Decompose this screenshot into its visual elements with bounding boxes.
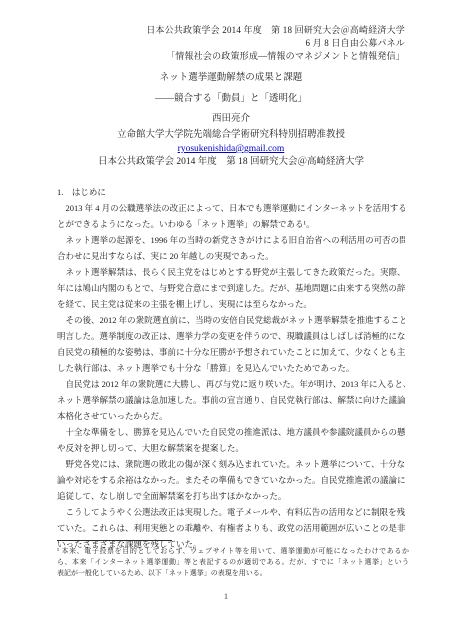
body-text-line: 2013 年 4 月の公職選挙法の改正によって、日本でも選挙運動にインターネット… <box>57 200 405 216</box>
body-text-line: 自民党の積極的な姿勢は、事前に十分な圧勝が予想されていたことに加えて、少なくとも… <box>57 344 405 360</box>
paragraph: 2013 年 4 月の公職選挙法の改正によって、日本でも選挙運動にインターネット… <box>57 200 405 232</box>
body-paragraphs: 2013 年 4 月の公職選挙法の改正によって、日本でも選挙運動にインターネット… <box>57 200 405 552</box>
footnote-line: 表記が一般化しているため、以下「ネット選挙」の表現を用いる。 <box>57 568 409 579</box>
footnote-text: ¹ 本来、電子投票を目的としておらず、ウェブサイト等を用いて、選挙運動が可能にな… <box>57 546 409 579</box>
email-link[interactable]: ryosukenishida@gmail.com <box>178 143 285 155</box>
body-text-line: 十全な準備をし、勝算を見込んでいた自民党の推進派は、地方議員や参議院議員からの懸… <box>57 424 405 440</box>
body-text-line: ネット選挙の起源を、1996 年の当時の新党さきがけによる旧自治省への利活用の可… <box>57 232 405 248</box>
title-block: ネット選挙運動解禁の成果と課題 ――競合する「動員」と「透明化」 西田亮介 立命… <box>57 72 405 168</box>
footnote-line: ¹ 本来、電子投票を目的としておらず、ウェブサイト等を用いて、選挙運動が可能にな… <box>57 546 409 557</box>
body-text-line: 追従して、なし崩しで全面解禁案を打ち出すほかなかった。 <box>57 488 405 504</box>
footnote-line: ら、本来「インターネット選挙運動」等と表記するのが適切である。だが、すでに「ネッ… <box>57 557 409 568</box>
conference-line: 日本公共政策学会 2014 年度 第 18 回研究大会＠高崎経済大学 <box>57 156 405 168</box>
paragraph: 野党各党には、衆院選の敗北の傷が深く刻み込まれていた。ネット選挙について、十分な… <box>57 456 405 504</box>
body-text-line: こうしてようやく公選法改正は実現した。電子メールや、有料広告の活用などに制限を残… <box>57 504 405 520</box>
header-line-panel-date: 6 月 8 日自由公募パネル <box>57 37 405 50</box>
document-header: 日本公共政策学会 2014 年度 第 18 回研究大会＠高崎経済大学 6 月 8… <box>57 24 405 63</box>
body-text-line: した執行部は、ネット選挙でも十分な「勝算」を見込んでいたためであった。 <box>57 360 405 376</box>
paragraph: 自民党は 2012 年の衆院選に大勝し、再び与党に返り咲いた。年が明け、2013… <box>57 376 405 424</box>
paper-title: ネット選挙運動解禁の成果と課題 <box>57 72 405 84</box>
header-line-conference: 日本公共政策学会 2014 年度 第 18 回研究大会＠高崎経済大学 <box>57 24 405 37</box>
body-text-line: や反対を押し切って、大胆な解禁案を提案した。 <box>57 440 405 456</box>
body-text-line: 本格化させていったからだ。 <box>57 408 405 424</box>
body-text-line: ネット選挙解禁の議論は急加速した。事前の宣言通り、自民党執行部は、解禁に向けた議… <box>57 392 405 408</box>
body-text-line: 論や対応をする余裕はなかった。またその準備もできていなかった。自民党推進派の議論… <box>57 472 405 488</box>
page-number: 1 <box>0 590 452 602</box>
paragraph: その後、2012 年の衆院選直前に、当時の安倍自民党総裁がネット選挙解禁を推進す… <box>57 312 405 376</box>
body-text-line: 年には鳩山内閣のもとで、与野党合意にまで到達した。だが、基地問題に由来する突然の… <box>57 280 405 296</box>
body-text-line: その後、2012 年の衆院選直前に、当時の安倍自民党総裁がネット選挙解禁を推進す… <box>57 312 405 328</box>
paragraph: ネット選挙の起源を、1996 年の当時の新党さきがけによる旧自治省への利活用の可… <box>57 232 405 264</box>
body-text-line: ていた。これらは、利用実態との乖離や、有権者よりも、政党の活用範囲が広いことの是… <box>57 520 405 536</box>
paragraph: 十全な準備をし、勝算を見込んでいた自民党の推進派は、地方議員や参議院議員からの懸… <box>57 424 405 456</box>
body-text-line: とができるようになった。いわゆる「ネット選挙」の解禁である¹。 <box>57 216 405 232</box>
body-text-line: 自民党は 2012 年の衆院選に大勝し、再び与党に返り咲いた。年が明け、2013… <box>57 376 405 392</box>
paragraph: ネット選挙解禁は、長らく民主党をはじめとする野党が主張してきた政策だった。実際、… <box>57 264 405 312</box>
document-page: 日本公共政策学会 2014 年度 第 18 回研究大会＠高崎経済大学 6 月 8… <box>0 0 452 640</box>
body-text-line: 野党各党には、衆院選の敗北の傷が深く刻み込まれていた。ネット選挙について、十分な… <box>57 456 405 472</box>
footnote-area: ¹ 本来、電子投票を目的としておらず、ウェブサイト等を用いて、選挙運動が可能にな… <box>57 540 409 579</box>
author-name: 西田亮介 <box>57 113 405 125</box>
body-text-line: ネット選挙解禁は、長らく民主党をはじめとする野党が主張してきた政策だった。実際、… <box>57 264 405 280</box>
header-line-panel-title: 「情報社会の政策形成―情報のマネジメントと情報発信」 <box>57 50 405 63</box>
document-body: 1. はじめに 2013 年 4 月の公職選挙法の改正によって、日本でも選挙運動… <box>57 184 405 552</box>
section-heading: 1. はじめに <box>57 184 405 200</box>
paper-subtitle: ――競合する「動員」と「透明化」 <box>57 93 405 105</box>
author-affiliation: 立命館大学大学院先端総合学術研究科特別招聘准教授 <box>57 129 405 141</box>
footnote-separator <box>57 540 172 541</box>
body-text-line: 合わせに見出すならば、実に 20 年越しの実現であった。 <box>57 248 405 264</box>
body-text-line: を経て、民主党は従来の主張を棚上げし、実現には至らなかった。 <box>57 296 405 312</box>
body-text-line: 明言した。選挙制度の改正は、選挙力学の変更を伴うので、現職議員はしばしば消極的に… <box>57 328 405 344</box>
